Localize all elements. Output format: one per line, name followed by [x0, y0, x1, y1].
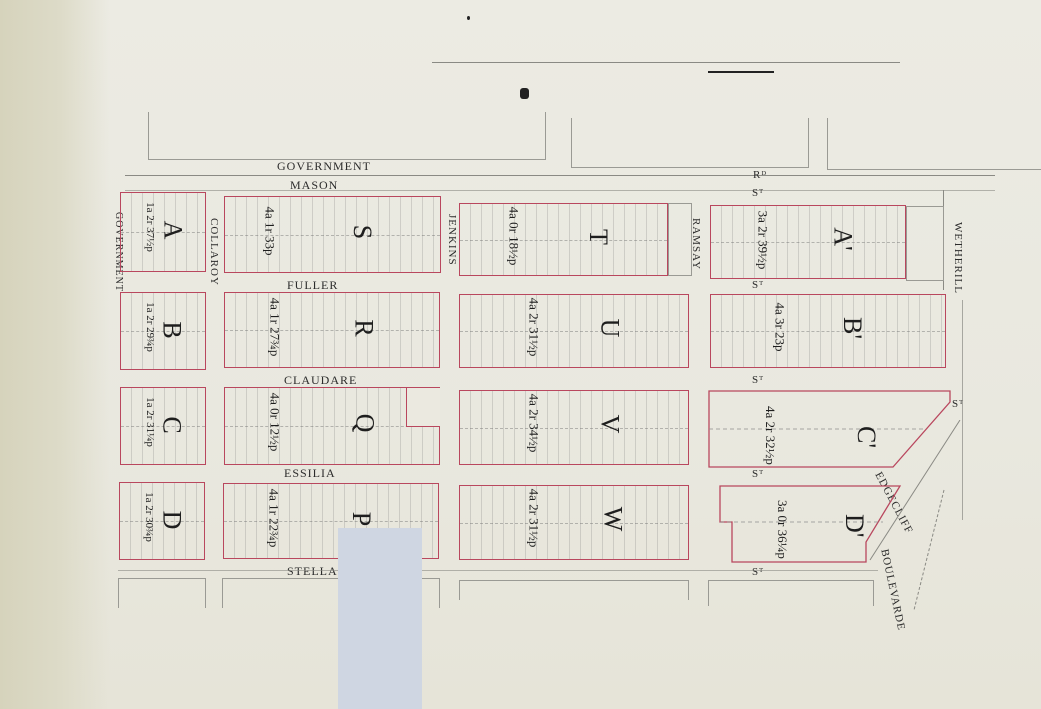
block-W[interactable]: W 4a 2r 31½p: [459, 485, 689, 560]
street-label-jenkins: JENKINS: [446, 214, 458, 266]
block-area: 1a 2r 31¼p: [144, 397, 156, 447]
block-letter: Q: [349, 414, 379, 433]
block-B-prime[interactable]: B' 4a 3r 23p: [710, 294, 946, 368]
block-letter: S: [347, 225, 377, 239]
block-A[interactable]: A 1a 2r 37½p: [120, 192, 206, 272]
outline-lot-bottom: [459, 580, 689, 600]
block-B[interactable]: B 1a 2r 29¾p: [120, 292, 206, 370]
block-area: 4a 0r 12½p: [266, 393, 282, 452]
street-suffix: Sᵀ: [752, 279, 764, 291]
block-R[interactable]: R 4a 1r 27¾p: [224, 292, 440, 368]
block-area: 3a 0r 36¼p: [775, 500, 790, 559]
block-letter: U: [594, 319, 624, 338]
block-letter: A: [157, 221, 187, 240]
road-mark: [708, 71, 774, 73]
outline-lot-top-mid: [571, 118, 809, 168]
street-suffix: Sᵀ: [752, 566, 764, 578]
block-C[interactable]: C 1a 2r 31¼p: [120, 387, 206, 465]
block-area: 4a 1r 33p: [262, 206, 278, 255]
block-area: 4a 2r 32½p: [763, 406, 778, 465]
block-letter: W: [597, 507, 627, 532]
paper-stain: [0, 0, 110, 709]
block-letter: B: [157, 321, 187, 338]
block-A-prime[interactable]: A' 3a 2r 39½p: [710, 205, 906, 279]
street-label-collaroy: COLLAROY: [208, 218, 220, 286]
outline-lot-bottom: [118, 578, 206, 608]
street-label-essilia: ESSILIA: [284, 466, 336, 481]
block-area: 4a 2r 31½p: [525, 489, 541, 548]
block-area: 3a 2r 39½p: [754, 211, 770, 270]
outline-lot-top-left: [148, 112, 546, 160]
outline-lot-bottom: [708, 580, 874, 606]
street-suffix: Sᵀ: [752, 187, 764, 199]
block-area: 4a 0r 18½p: [505, 207, 521, 266]
block-area: 4a 2r 34½p: [525, 394, 541, 453]
street-label-mason: MASON: [290, 178, 338, 193]
block-area: 4a 2r 31½p: [525, 298, 541, 357]
block-S[interactable]: S 4a 1r 33p: [224, 196, 441, 273]
block-letter: T: [583, 229, 613, 245]
block-letter: A': [828, 227, 858, 250]
street-label-stella: STELLA: [287, 564, 338, 579]
block-area: 1a 2r 29¾p: [144, 302, 156, 352]
block-area: 4a 3r 23p: [772, 302, 788, 351]
block-letter: D: [156, 511, 186, 530]
road-line-stella: [118, 570, 878, 571]
block-D[interactable]: D 1a 2r 30¾p: [119, 482, 205, 560]
street-label-fuller: FULLER: [287, 278, 338, 293]
outline-lot-top-right: [827, 118, 1041, 170]
block-letter: B': [837, 317, 867, 339]
block-Q-notch: [406, 388, 440, 427]
outline-lots-ramsay: [668, 203, 692, 276]
block-area: 1a 2r 30¾p: [143, 492, 155, 542]
block-area: 4a 1r 22¾p: [265, 489, 281, 548]
block-area: 4a 1r 27¾p: [266, 298, 282, 357]
street-label-wetherill: WETHERILL: [952, 222, 964, 294]
road-line-government: [125, 175, 995, 176]
adhesive-tape: [338, 528, 422, 709]
block-area: 1a 2r 37½p: [144, 202, 156, 252]
road-line-mason: [125, 190, 995, 191]
block-letter: V: [594, 415, 624, 434]
block-letter: P: [346, 512, 376, 526]
block-V[interactable]: V 4a 2r 34½p: [459, 390, 689, 465]
street-label-claudare: CLAUDARE: [284, 373, 357, 388]
ink-speck: [467, 16, 470, 20]
outline-lots-wetherill: [906, 206, 944, 281]
road-line: [432, 62, 900, 63]
block-T[interactable]: T 4a 0r 18½p: [459, 203, 668, 276]
street-label-government-road: GOVERNMENT: [277, 159, 371, 174]
ink-blot: [520, 88, 529, 99]
block-letter: R: [349, 319, 379, 336]
road-suffix: Rᴰ: [753, 169, 767, 181]
diagonal-road-edgecliff: [860, 420, 980, 620]
street-suffix: Sᵀ: [752, 374, 764, 386]
block-letter: C: [157, 416, 187, 433]
map-sheet: GOVERNMENT Rᴰ MASON Sᵀ FULLER Sᵀ CLAUDAR…: [0, 0, 1041, 709]
block-U[interactable]: U 4a 2r 31½p: [459, 294, 689, 368]
